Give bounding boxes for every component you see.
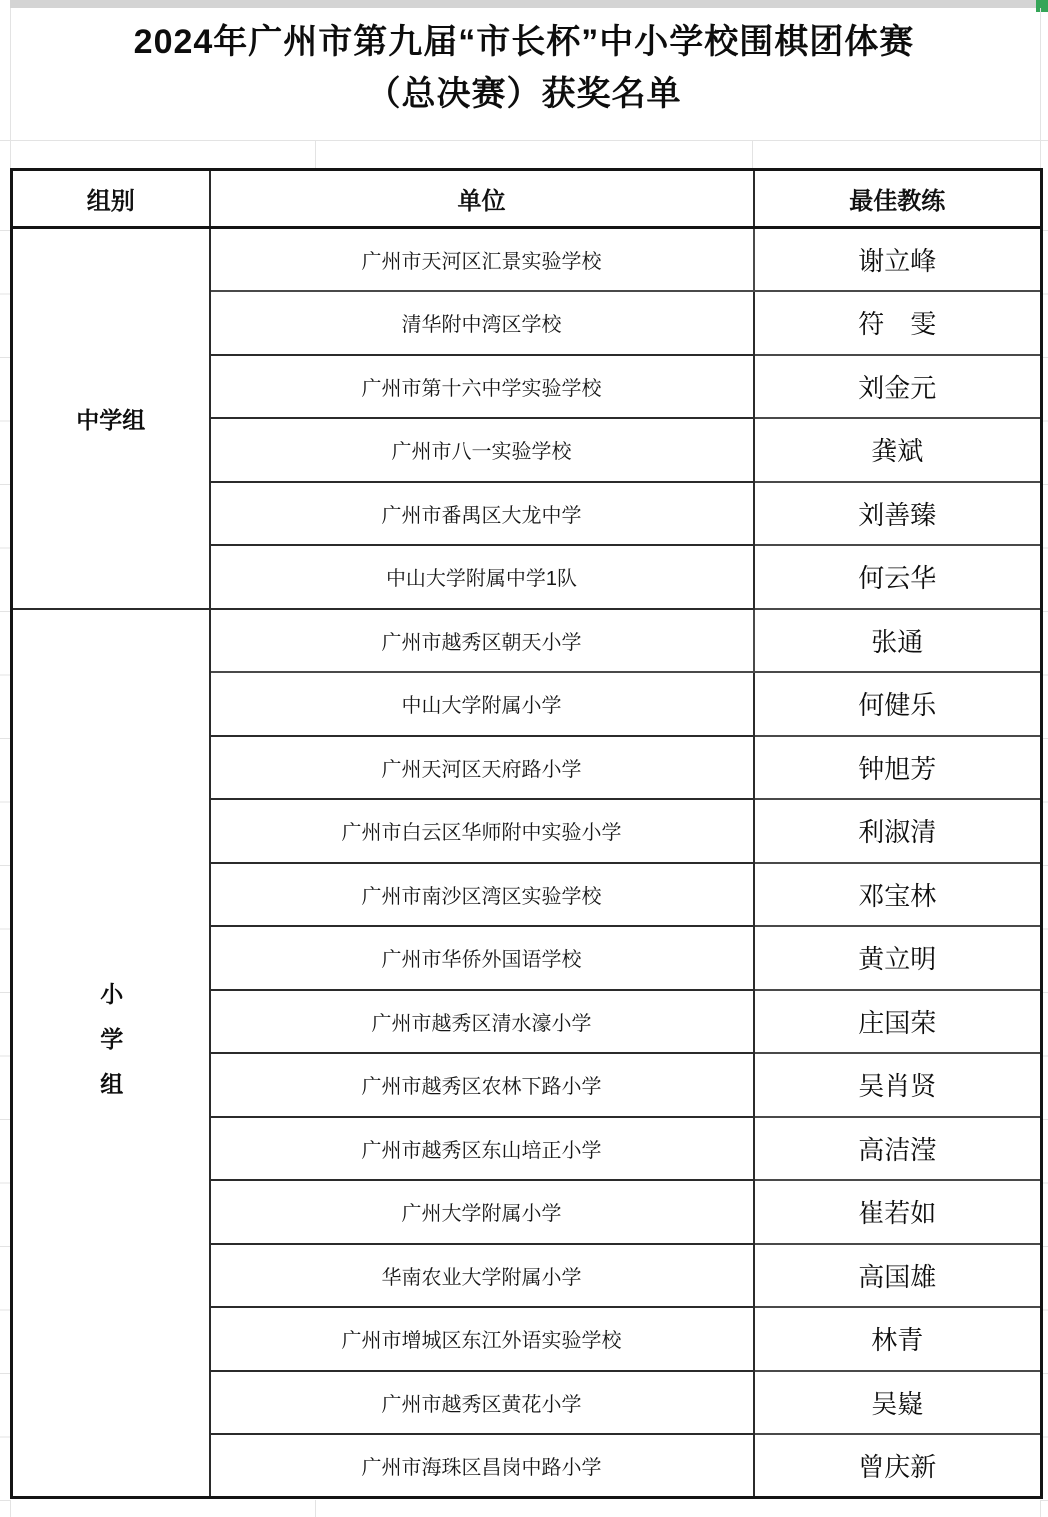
unit-cell: 广州市越秀区黄花小学 [210, 1371, 754, 1435]
table-row: 小学组广州市越秀区朝天小学张通 [12, 609, 1042, 673]
coach-cell: 吴嶷 [754, 1371, 1042, 1435]
unit-cell: 清华附中湾区学校 [210, 291, 754, 355]
coach-cell: 何健乐 [754, 672, 1042, 736]
unit-cell: 广州天河区天府路小学 [210, 736, 754, 800]
unit-cell: 广州市越秀区东山培正小学 [210, 1117, 754, 1181]
coach-cell: 符 雯 [754, 291, 1042, 355]
page-title: 2024年广州市第九届“市长杯”中小学校围棋团体赛 （总决赛）获奖名单 [0, 16, 1048, 120]
gridline-vertical [10, 1500, 11, 1517]
unit-cell: 广州市南沙区湾区实验学校 [210, 863, 754, 927]
awards-table: 组别 单位 最佳教练 中学组广州市天河区汇景实验学校谢立峰清华附中湾区学校符 雯… [10, 168, 1043, 1499]
unit-cell: 广州市白云区华师附中实验小学 [210, 799, 754, 863]
header-row: 组别 单位 最佳教练 [12, 170, 1042, 228]
coach-cell: 曾庆新 [754, 1434, 1042, 1498]
coach-cell: 刘金元 [754, 355, 1042, 419]
unit-cell: 中山大学附属中学1队 [210, 545, 754, 609]
top-strip-decoration [10, 0, 1036, 8]
group-cell: 中学组 [12, 228, 210, 609]
table-row: 中学组广州市天河区汇景实验学校谢立峰 [12, 228, 1042, 292]
coach-cell: 张通 [754, 609, 1042, 673]
gridline-stubs-left [0, 230, 10, 1501]
gridline-horizontal [0, 140, 1048, 141]
coach-cell: 邓宝林 [754, 863, 1042, 927]
group-label: 中学组 [76, 402, 145, 435]
coach-cell: 谢立峰 [754, 228, 1042, 292]
unit-cell: 广州市增城区东江外语实验学校 [210, 1307, 754, 1371]
coach-cell: 庄国荣 [754, 990, 1042, 1054]
coach-cell: 黄立明 [754, 926, 1042, 990]
unit-cell: 广州市越秀区农林下路小学 [210, 1053, 754, 1117]
unit-cell: 广州市越秀区清水濠小学 [210, 990, 754, 1054]
header-group: 组别 [12, 170, 210, 228]
gridline-vertical [752, 141, 753, 168]
title-line-2: （总决赛）获奖名单 [0, 68, 1048, 120]
title-line-1: 2024年广州市第九届“市长杯”中小学校围棋团体赛 [0, 16, 1048, 68]
corner-accent-mark [1036, 0, 1048, 12]
unit-cell: 中山大学附属小学 [210, 672, 754, 736]
unit-cell: 广州市海珠区昌岗中路小学 [210, 1434, 754, 1498]
group-label: 小学组 [94, 982, 127, 1117]
unit-cell: 华南农业大学附属小学 [210, 1244, 754, 1308]
coach-cell: 利淑清 [754, 799, 1042, 863]
gridline-vertical [1040, 1500, 1041, 1517]
unit-cell: 广州市第十六中学实验学校 [210, 355, 754, 419]
unit-cell: 广州市八一实验学校 [210, 418, 754, 482]
unit-cell: 广州大学附属小学 [210, 1180, 754, 1244]
header-coach: 最佳教练 [754, 170, 1042, 228]
header-unit: 单位 [210, 170, 754, 228]
group-cell: 小学组 [12, 609, 210, 1498]
coach-cell: 何云华 [754, 545, 1042, 609]
coach-cell: 龚斌 [754, 418, 1042, 482]
coach-cell: 高洁滢 [754, 1117, 1042, 1181]
gridline-vertical [315, 141, 316, 168]
coach-cell: 吴肖贤 [754, 1053, 1042, 1117]
coach-cell: 刘善臻 [754, 482, 1042, 546]
coach-cell: 崔若如 [754, 1180, 1042, 1244]
unit-cell: 广州市天河区汇景实验学校 [210, 228, 754, 292]
coach-cell: 林青 [754, 1307, 1042, 1371]
gridline-vertical [315, 1500, 316, 1517]
coach-cell: 高国雄 [754, 1244, 1042, 1308]
unit-cell: 广州市华侨外国语学校 [210, 926, 754, 990]
coach-cell: 钟旭芳 [754, 736, 1042, 800]
unit-cell: 广州市越秀区朝天小学 [210, 609, 754, 673]
spreadsheet-screenshot: 2024年广州市第九届“市长杯”中小学校围棋团体赛 （总决赛）获奖名单 组别 单… [0, 0, 1048, 1517]
unit-cell: 广州市番禺区大龙中学 [210, 482, 754, 546]
